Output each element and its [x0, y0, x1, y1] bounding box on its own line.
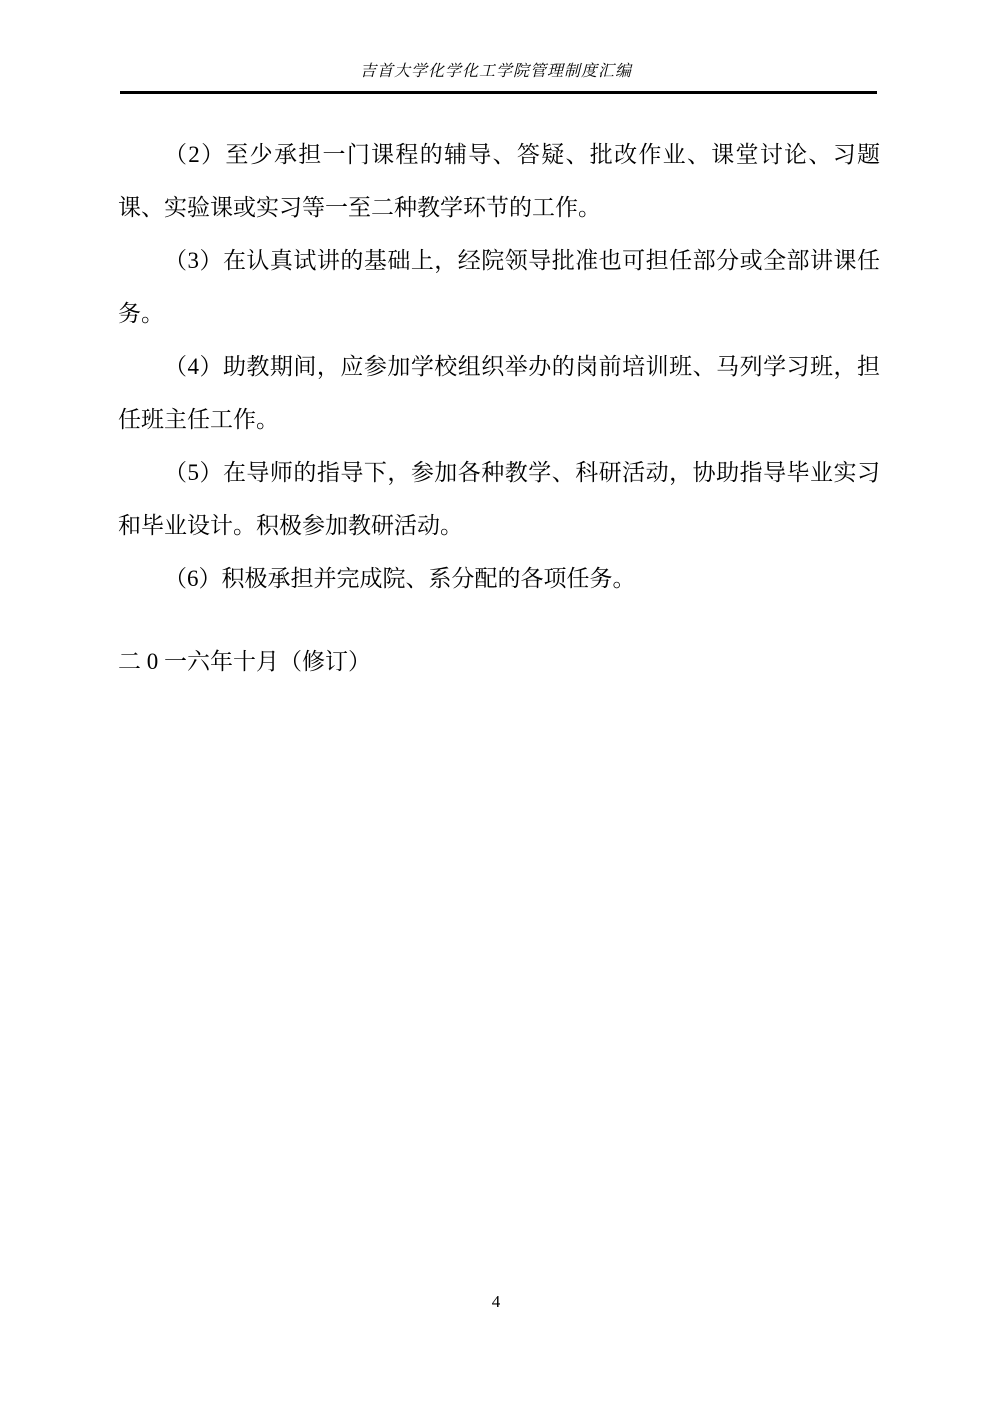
paragraph-item-4: （4）助教期间，应参加学校组织举办的岗前培训班、马列学习班，担任班主任工作。	[118, 340, 880, 446]
header-title: 吉首大学化学化工学院管理制度汇编	[0, 58, 992, 81]
header-rule	[120, 91, 877, 94]
paragraph-item-6: （6）积极承担并完成院、系分配的各项任务。	[118, 552, 880, 605]
document-page: 吉首大学化学化工学院管理制度汇编 （2）至少承担一门课程的辅导、答疑、批改作业、…	[0, 0, 992, 1403]
page-footer: 4	[0, 1292, 992, 1312]
paragraph-item-3: （3）在认真试讲的基础上，经院领导批准也可担任部分或全部讲课任务。	[118, 234, 880, 340]
page-number: 4	[492, 1292, 501, 1311]
paragraph-item-5: （5）在导师的指导下，参加各种教学、科研活动，协助指导毕业实习和毕业设计。积极参…	[118, 446, 880, 552]
paragraph-item-2: （2）至少承担一门课程的辅导、答疑、批改作业、课堂讨论、习题课、实验课或实习等一…	[118, 128, 880, 234]
document-body: （2）至少承担一门课程的辅导、答疑、批改作业、课堂讨论、习题课、实验课或实习等一…	[118, 128, 880, 688]
revision-date: 二 0 一六年十月（修订）	[118, 635, 880, 688]
